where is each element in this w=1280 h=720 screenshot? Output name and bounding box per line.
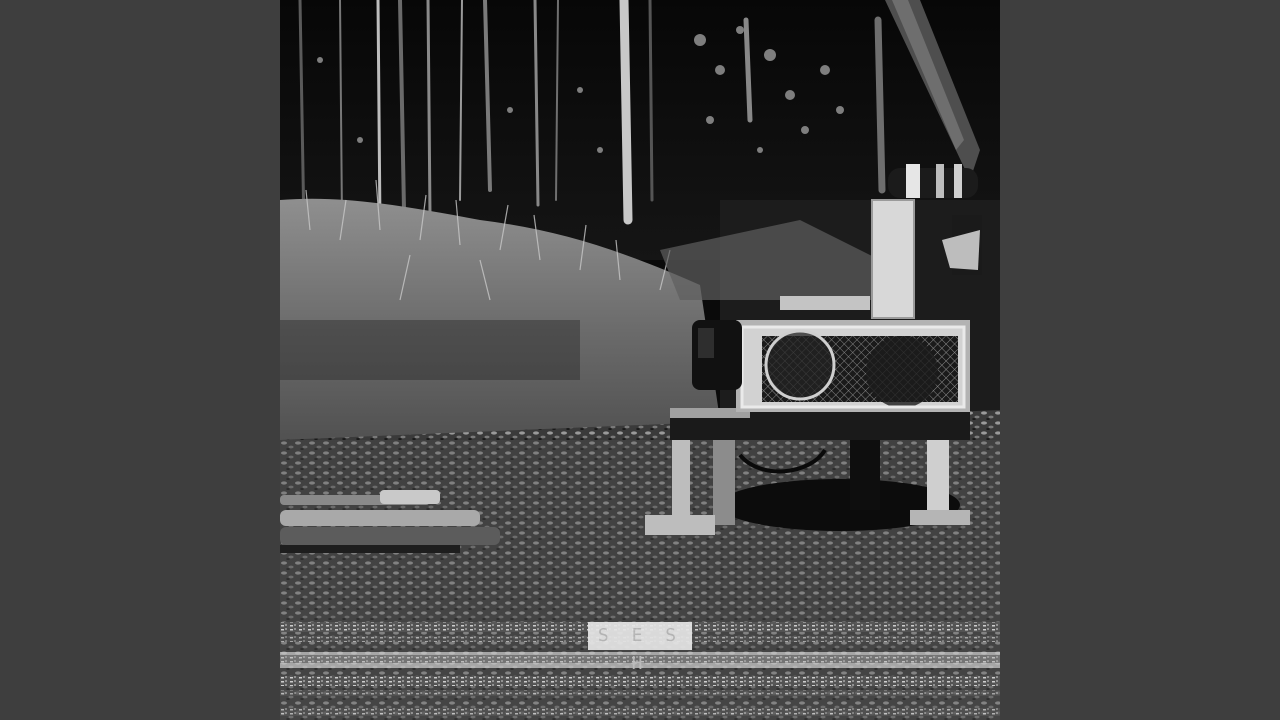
letterbox-left [0, 0, 280, 720]
letterbox-right [1000, 0, 1280, 720]
album-label: S E S H [588, 622, 692, 650]
album-art-photo: S E S H [280, 0, 1000, 720]
